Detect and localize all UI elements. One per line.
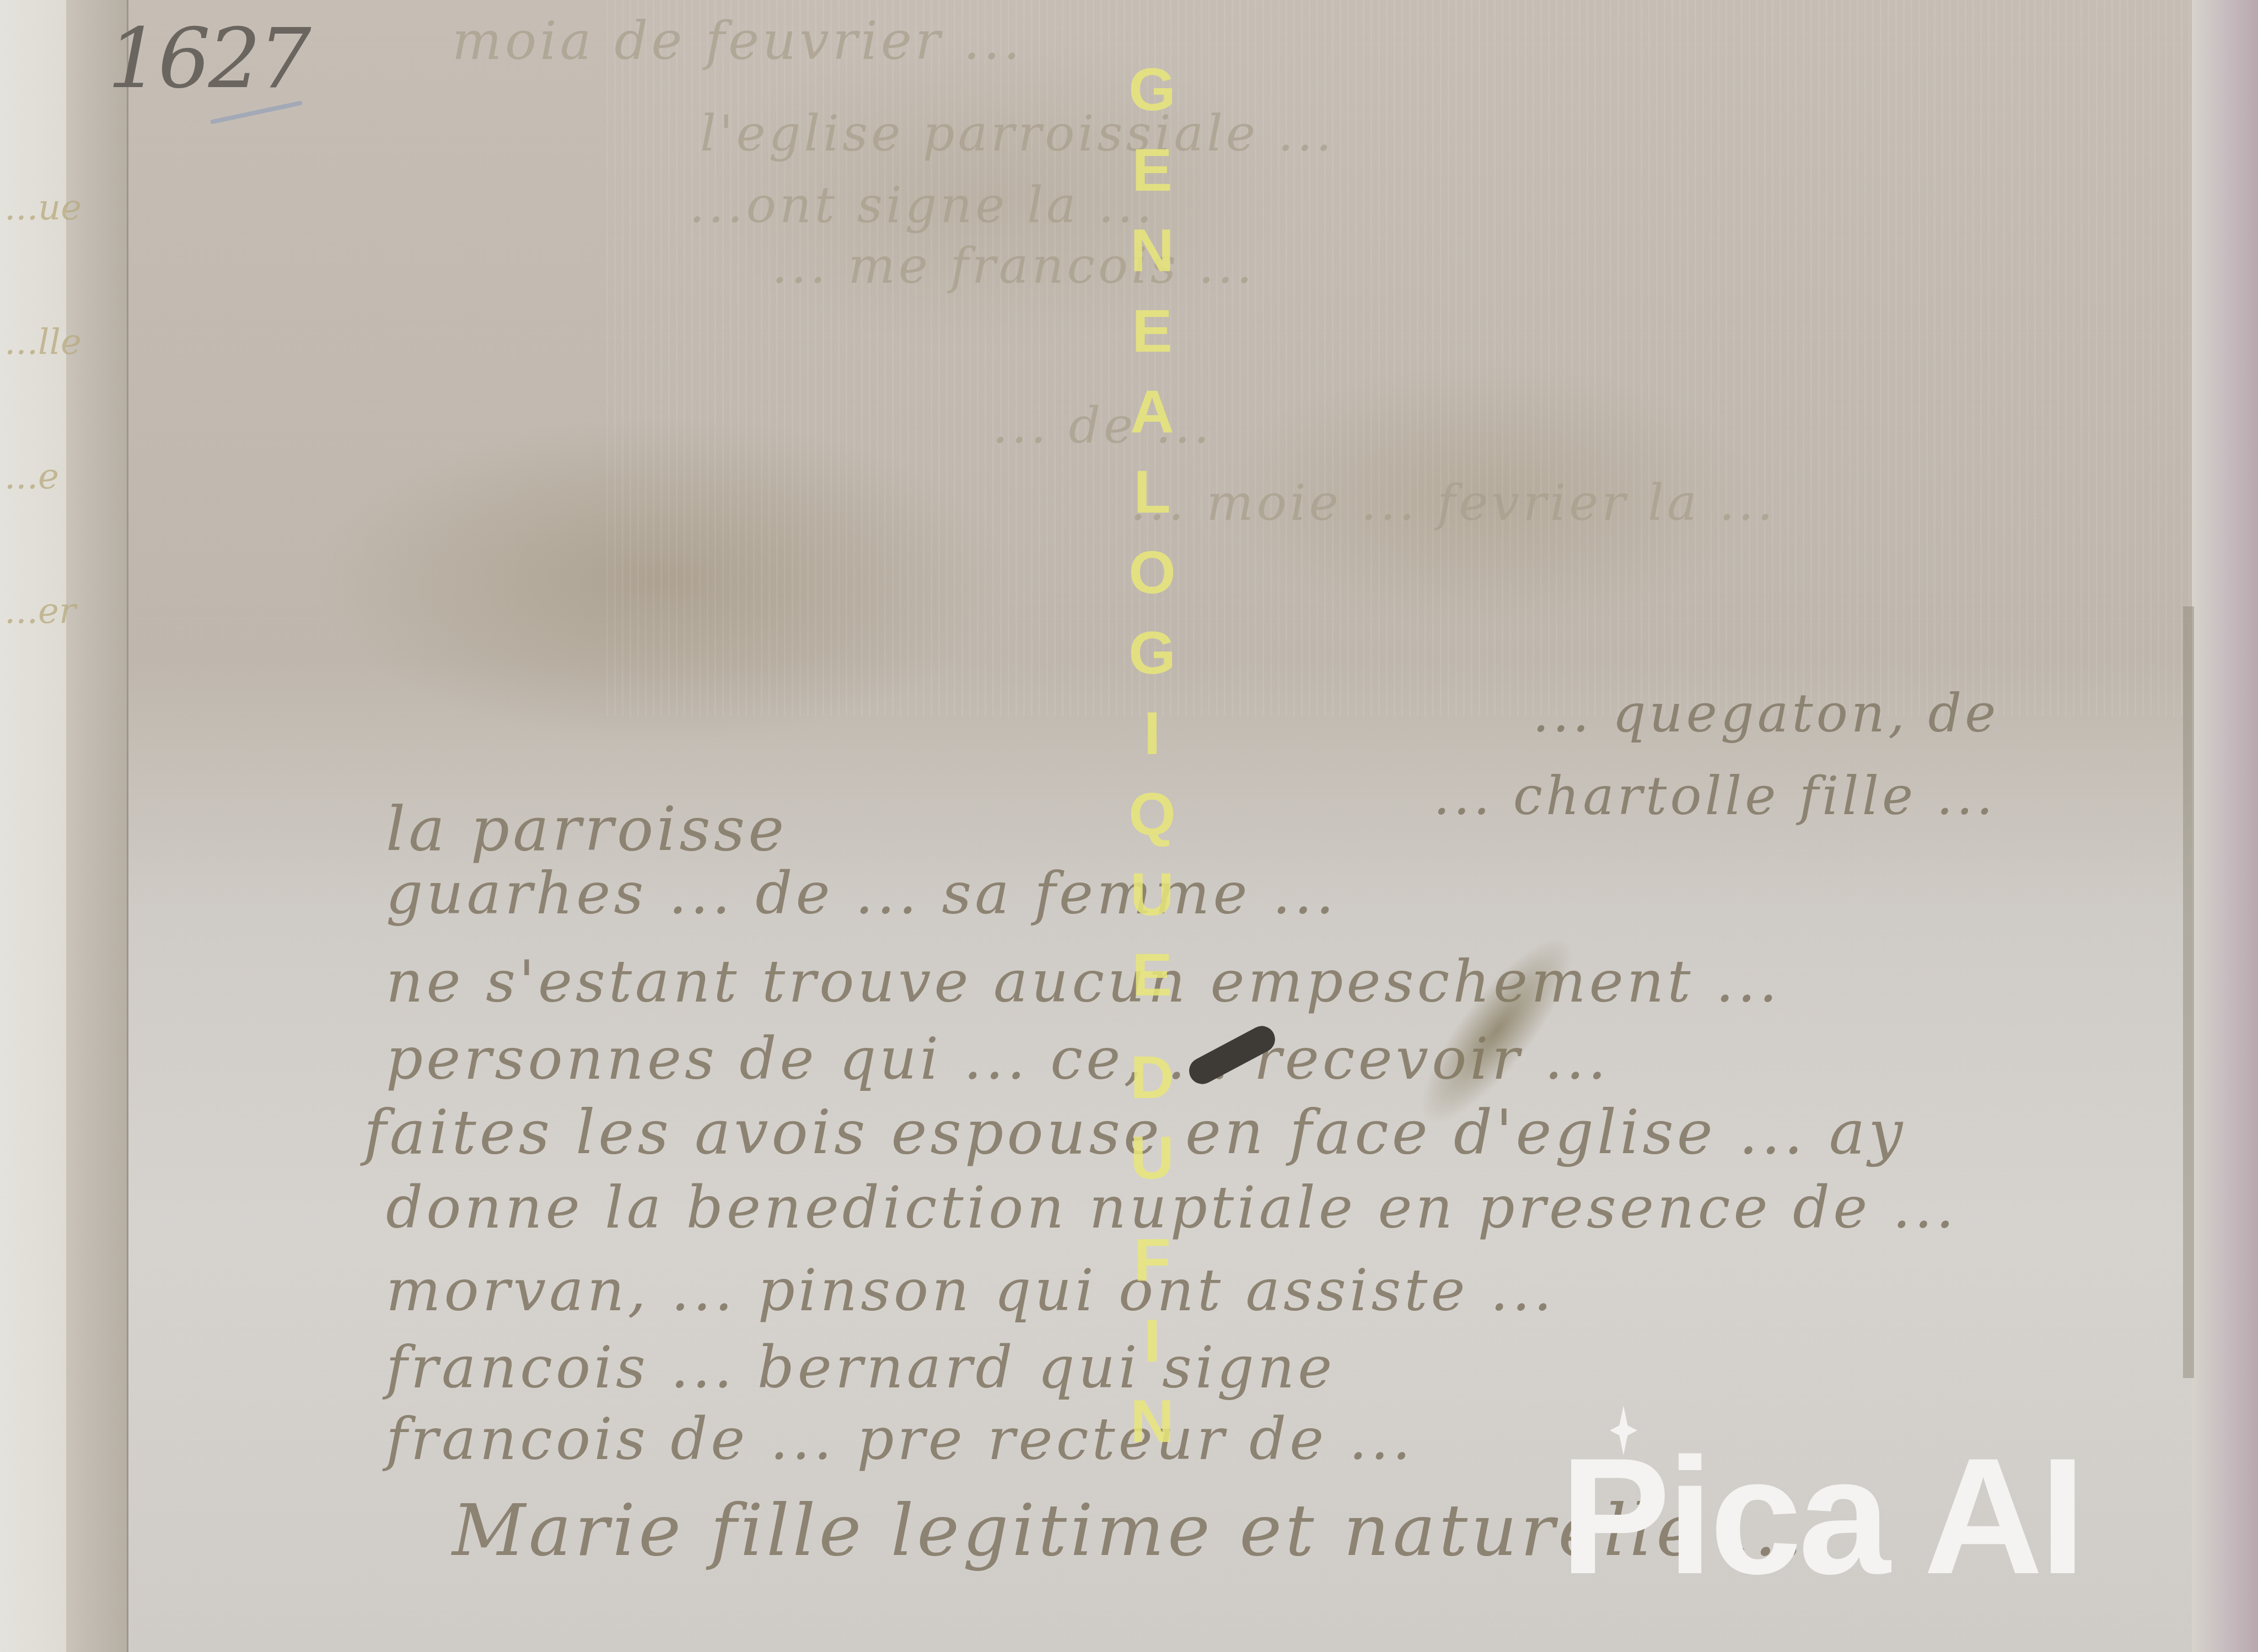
watermark-letter: G [1128,613,1176,693]
vertical-watermark: GENEALOGIQUE DU FIN [1119,50,1185,1462]
pica-ai-logo: Pica AI [1560,1389,2082,1599]
handwritten-line: francois de ... pre recteur de ... [386,1406,1414,1473]
watermark-letter: U [1130,854,1174,935]
handwritten-line: ...ont signe la ... [689,176,1155,234]
watermark-letter: L [1133,452,1170,532]
watermark-letter: I [1144,1301,1161,1381]
folio-number: 1627 [107,11,309,107]
torn-edge [2183,606,2194,1378]
watermark-letter: Q [1128,774,1176,854]
handwritten-line: ... quegaton, de [1533,684,1999,744]
watermark-letter: E [1132,935,1172,1015]
watermark-letter: O [1128,532,1176,613]
margin-note: ...er [0,591,99,632]
right-page-edge [2192,0,2258,1652]
watermark-letter: E [1132,130,1172,211]
watermark-letter: G [1128,50,1176,130]
watermark-letter [1144,1198,1161,1220]
handwritten-line: la parroisse [386,794,787,864]
document-scan: ...ue ...lle ...e ...er 1627 moia de feu… [0,0,2258,1652]
margin-notes: ...ue ...lle ...e ...er [0,187,99,725]
watermark-letter: A [1130,372,1174,452]
handwritten-line: morvan, ... pinson qui ont assiste ... [386,1257,1555,1324]
margin-note: ...e [0,456,99,497]
watermark-letter: E [1132,291,1172,372]
handwritten-line: moia de feuvrier ... [452,11,1023,72]
watermark-letter: N [1130,1381,1174,1462]
watermark-letter [1144,1015,1161,1037]
watermark-letter: D [1130,1037,1174,1118]
watermark-letter: U [1130,1118,1174,1198]
watermark-letter: F [1133,1220,1170,1301]
watermark-letter: I [1144,693,1161,774]
margin-note: ...ue [0,187,99,228]
handwritten-line: guarhes ... de ... sa femme ... [386,860,1337,927]
handwritten-line: ... chartolle fille ... [1433,766,1996,827]
handwritten-line: ... moie ... fevrier la ... [1130,474,1776,532]
margin-note: ...lle [0,322,99,363]
watermark-letter: N [1130,211,1174,291]
handwritten-line: francois ... bernard qui signe [386,1334,1335,1401]
logo-text: Pica AI [1560,1389,2082,1599]
handwritten-line: l'eglise parroissiale ... [700,105,1335,163]
